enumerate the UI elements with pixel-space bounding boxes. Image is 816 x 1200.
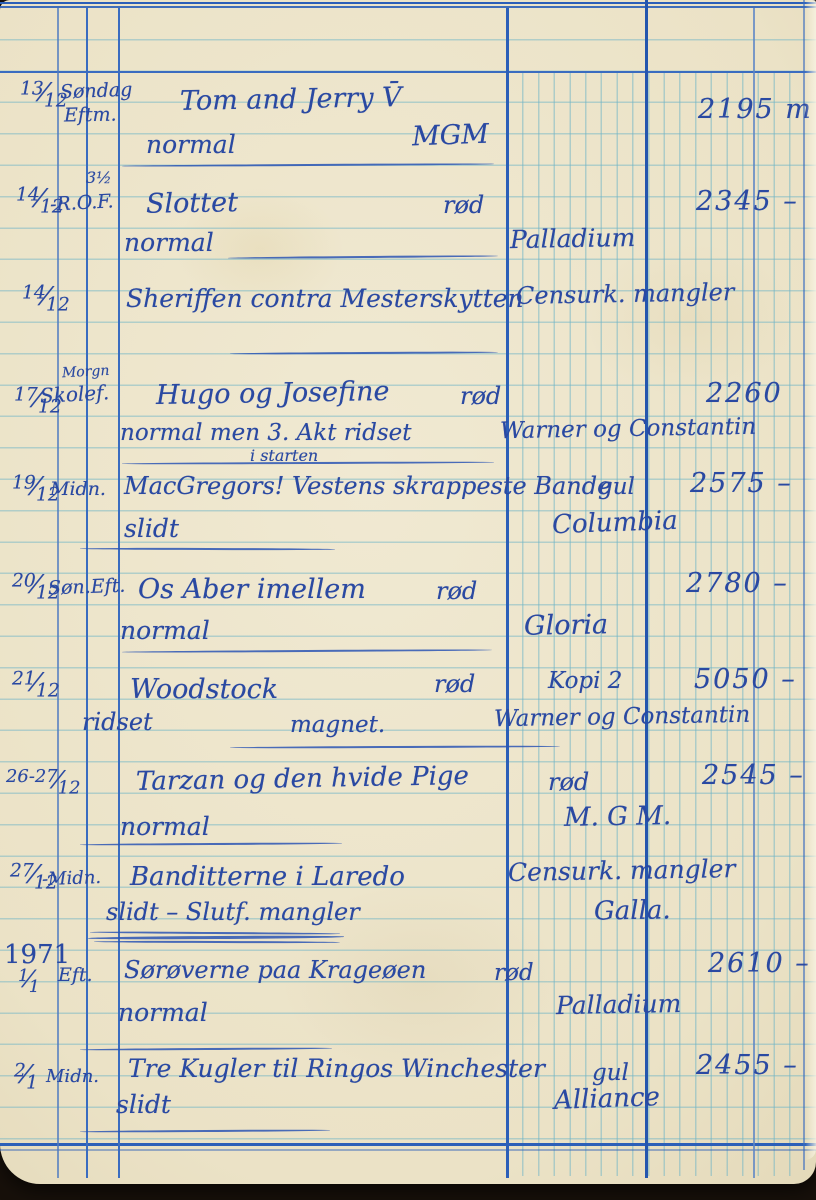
distributor-name: Palladium (556, 989, 682, 1020)
film-title: Slottet (146, 187, 238, 220)
separator-stroke (122, 649, 492, 653)
condition-subnote: magnet. (290, 712, 385, 738)
film-title: Woodstock (130, 674, 278, 705)
distributor-name: Warner og Constantin (494, 702, 751, 732)
censor-note: Censurk. mangler (516, 278, 735, 310)
time-note: Midn. (46, 1066, 99, 1087)
color-note: rød (436, 577, 477, 605)
film-title: MacGregors! Vestens skrappeste Bande (124, 472, 611, 500)
separator-stroke-thick (90, 931, 340, 935)
separator-stroke (122, 163, 494, 167)
condition-note: slidt (124, 514, 179, 543)
condition-note: normal (146, 130, 236, 159)
condition-note: normal (118, 998, 208, 1027)
film-length: 2345 – (696, 186, 799, 217)
condition-note: normal men 3. Akt ridset (120, 420, 411, 446)
film-length: 2455 – (696, 1050, 799, 1081)
separator-stroke (80, 1129, 330, 1132)
separator-stroke (228, 255, 498, 259)
distributor-name: Gloria (524, 609, 609, 641)
studio-note: MGM (411, 119, 489, 153)
film-title: Sørøverne paa Krageøen (124, 956, 426, 984)
color-note: gul (592, 1060, 629, 1086)
film-length: 2610 – (708, 948, 811, 979)
top-rule-outer (0, 2, 816, 4)
film-title: Os Aber imellem (138, 574, 366, 605)
distributor-name: Palladium (510, 223, 636, 254)
film-length: 2780 – (686, 568, 789, 599)
condition-note: normal (124, 228, 214, 257)
condition-note: slidt – Slutf. mangler (106, 898, 360, 926)
time-note: Søn.Eft. (48, 575, 126, 600)
color-note: gul (598, 474, 635, 500)
condition-note: normal (120, 616, 210, 645)
film-title: Tre Kugler til Ringos Winchester (128, 1054, 545, 1083)
entry-date: 1⁄1 (18, 966, 40, 997)
header-rule (0, 71, 816, 73)
time-note: Eft. (58, 964, 93, 986)
entry-date: 14⁄12 (22, 282, 70, 316)
entry-date: 2⁄1 (14, 1060, 38, 1094)
distributor-name: Columbia (552, 506, 679, 540)
separator-stroke (80, 842, 342, 845)
film-title: Hugo og Josefine (156, 376, 390, 411)
column-line-title-end (506, 8, 509, 1178)
distributor-name: Alliance (554, 1082, 661, 1116)
entry-date: 21⁄12 (12, 668, 60, 702)
bottom-rule-faint (0, 1149, 816, 1151)
distributor-name: Galla. (594, 895, 671, 926)
censor-note: Censurk. mangler (508, 854, 736, 887)
separator-stroke (230, 745, 560, 748)
time-note: Midn. (50, 478, 106, 500)
color-note: rød (443, 191, 484, 219)
film-length: 2260 (706, 378, 783, 409)
film-title: Sheriffen contra Mesterskytten (126, 284, 524, 313)
color-note: rød (434, 670, 475, 698)
copy-note: Kopi 2 (548, 668, 622, 694)
condition-note: normal (120, 812, 210, 841)
separator-stroke-thick (94, 941, 340, 944)
film-title: Tarzan og den hvide Pige (136, 761, 469, 797)
time-note: -R.O.F. (49, 190, 114, 215)
film-length: 2575 – (690, 468, 793, 499)
time-note: Skolef. (39, 380, 109, 408)
bottom-rule (0, 1143, 816, 1146)
color-note: rød (494, 960, 534, 986)
separator-stroke (230, 351, 498, 354)
film-title: Tom and Jerry V̄ (180, 82, 402, 117)
day-note: Søndag (60, 79, 133, 104)
condition-note: ridset (82, 708, 153, 736)
top-rule-inner (0, 6, 816, 8)
separator-stroke-thick (88, 935, 344, 939)
distributor-name: M. G M. (564, 801, 672, 833)
film-length: 2545 – (702, 760, 805, 791)
color-note: rød (548, 768, 589, 796)
entry-date: 26-27⁄12 (6, 766, 81, 799)
ledger-page: 13⁄12 Søndag Eftm. Tom and Jerry V̄ norm… (0, 0, 816, 1184)
time-note: Eftm. (64, 104, 117, 127)
reel-note: 3½ (86, 168, 112, 187)
film-length: 5050 – (694, 664, 797, 695)
film-length: 2195 m (698, 94, 813, 125)
film-title: Banditterne i Laredo (130, 862, 405, 892)
condition-note: slidt (116, 1090, 171, 1119)
page-edge-highlight (805, 0, 816, 1160)
time-note-top: Morgn (62, 363, 110, 381)
distributor-name: Warner og Constantin (500, 414, 757, 444)
color-note: rød (460, 382, 501, 410)
separator-stroke (80, 1047, 332, 1050)
time-note: -Midn. (42, 867, 102, 890)
